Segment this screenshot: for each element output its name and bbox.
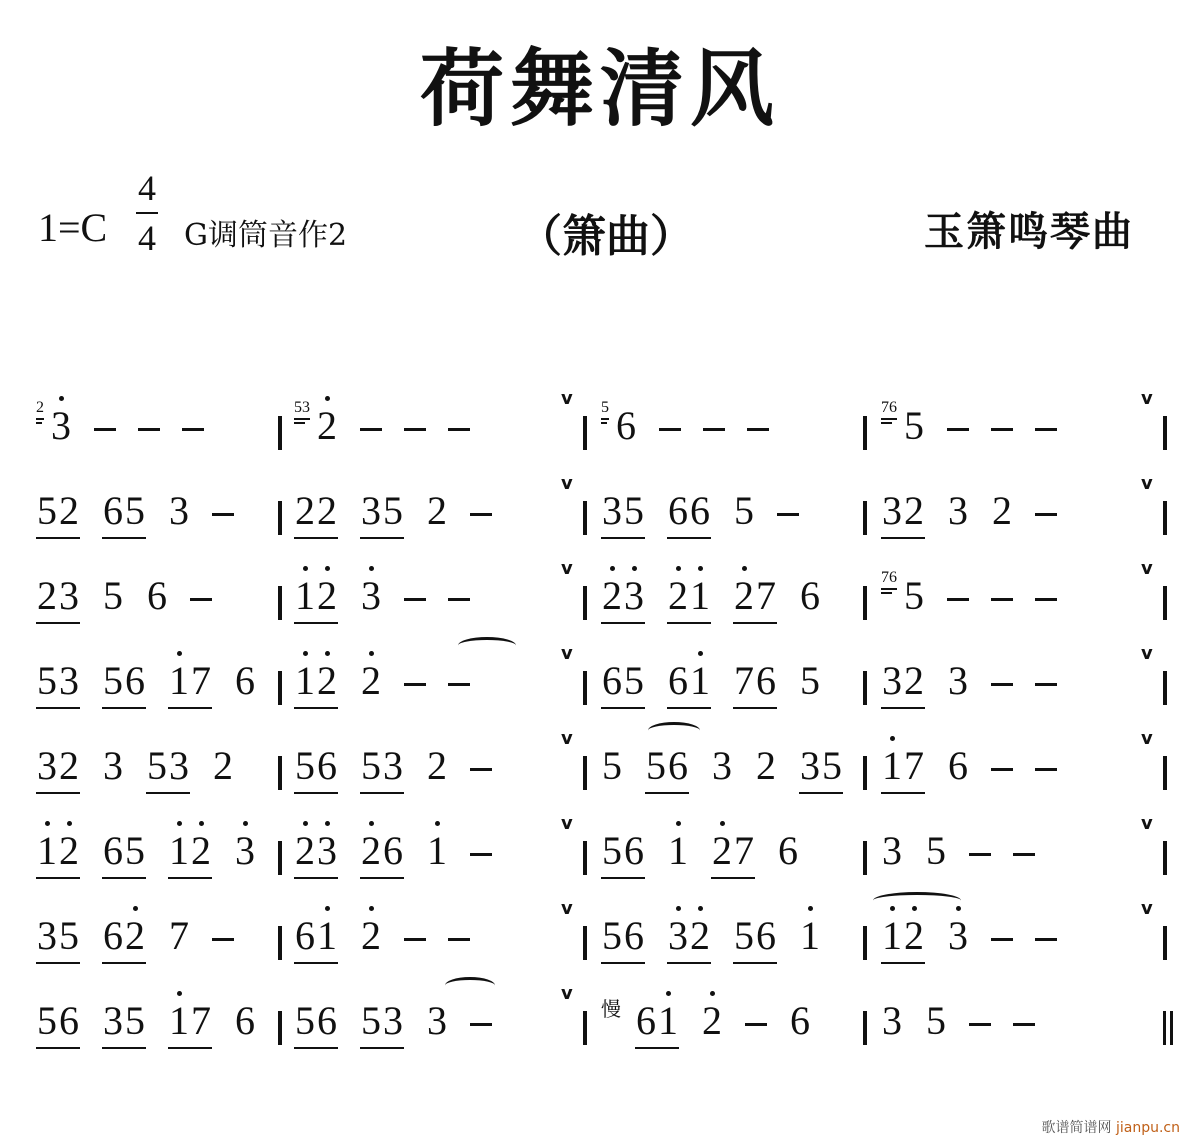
note: 2 [689,916,711,956]
note: 1 [881,916,903,956]
underline [36,537,80,539]
dash-extend [190,598,212,601]
tempo-mark: 慢 [601,997,621,1021]
measure: 6561765 [601,661,821,701]
eighth-group: 53 [360,746,404,786]
measure: 765 [881,406,1057,446]
note: 5 [382,491,404,531]
underline [881,537,925,539]
note: 1 [36,831,58,871]
slur-tie [648,722,700,739]
dash-extend [404,598,426,601]
dash-extend [470,853,492,856]
underline [294,707,338,709]
eighth-group: 17 [168,661,212,701]
barline [583,926,587,960]
dash-extend [94,428,116,431]
eighth-group: 17 [881,746,925,786]
eighth-group: 35 [36,916,80,956]
octave-dot [369,821,374,826]
underline [635,1047,679,1049]
eighth-group: 35 [360,491,404,531]
score-line: 563517656533v慢612635 [28,975,1178,1059]
dash-extend [212,938,234,941]
barline [863,671,867,705]
underline [102,707,146,709]
underline [601,537,645,539]
note: 1 [799,916,821,956]
measure: 5563235 [601,746,843,786]
note: 5 [601,916,623,956]
breath-mark: v [561,983,573,1004]
song-title: 荷舞清风 [0,22,1200,143]
measure: 612 [294,916,470,956]
underline [36,792,80,794]
measure: 123 [294,576,470,616]
note: 2 [58,831,80,871]
note: 5 [925,831,947,871]
dash-extend [138,428,160,431]
note: 6 [316,1001,338,1041]
underline [168,877,212,879]
barline [583,841,587,875]
measure: 323532 [36,746,234,786]
note: 6 [689,491,711,531]
note: 5 [124,491,146,531]
eighth-group: 26 [360,831,404,871]
eighth-group: 21 [667,576,711,616]
underline [733,622,777,624]
note: 6 [316,746,338,786]
note: 2 [711,831,733,871]
underline [711,877,755,879]
note: 6 [146,576,168,616]
note: 6 [635,1001,657,1041]
grace-underline [601,418,609,420]
octave-dot [666,991,671,996]
dash-extend [991,598,1013,601]
underline [294,877,338,879]
measure: 2321276 [601,576,821,616]
note: 3 [382,746,404,786]
eighth-group: 27 [711,831,755,871]
note: 5 [146,746,168,786]
dash-extend [470,1023,492,1026]
dash-extend [448,683,470,686]
watermark-text: 歌谱简谱网 [1042,1120,1112,1136]
underline [667,962,711,964]
score-header: 1=C 4 4 G调筒音作2 （箫曲） 玉箫鸣琴曲 [0,160,1200,280]
underline [146,792,190,794]
octave-dot [369,651,374,656]
note: 6 [102,831,124,871]
dash-extend [747,428,769,431]
underline [881,962,925,964]
barline [278,586,282,620]
note: 3 [947,661,969,701]
note: 1 [168,661,190,701]
octave-dot [676,566,681,571]
note: 7 [755,576,777,616]
underline [36,707,80,709]
eighth-group: 56 [601,831,645,871]
octave-dot [742,566,747,571]
barline [583,671,587,705]
score-line: 2356123v2321276765v [28,550,1178,634]
note: 3 [58,576,80,616]
note: 1 [316,916,338,956]
barline [1163,756,1167,790]
dash-extend [991,768,1013,771]
dash-extend [991,683,1013,686]
underline [294,622,338,624]
octave-dot [325,906,330,911]
underline [168,707,212,709]
note: 2 [426,491,448,531]
barline [278,841,282,875]
note: 3 [36,916,58,956]
score-line: 5356176122v6561765323v [28,635,1178,719]
eighth-group: 56 [36,1001,80,1041]
note: 6 [58,1001,80,1041]
tuning-note: G调筒音作2 [184,210,347,254]
barline [583,501,587,535]
measure: 35665 [601,491,799,531]
measure: 2356 [36,576,212,616]
octave-dot [325,651,330,656]
measure: 23261 [294,831,492,871]
note: 6 [102,491,124,531]
octave-dot [808,906,813,911]
note: 6 [777,831,799,871]
note: 5 [294,1001,316,1041]
breath-mark: v [561,558,573,579]
eighth-group: 53 [360,1001,404,1041]
underline [102,1047,146,1049]
grace-underline [36,422,42,424]
score-line: 5265322352v356653232v [28,465,1178,549]
eighth-group: 65 [102,831,146,871]
note: 6 [667,661,689,701]
note: 6 [615,406,637,446]
underline [102,962,146,964]
note: 1 [294,576,316,616]
octave-dot [177,991,182,996]
note: 5 [601,831,623,871]
note: 3 [667,916,689,956]
breath-mark: v [1141,473,1153,494]
note: 6 [755,916,777,956]
eighth-group: 32 [881,661,925,701]
note: 1 [294,661,316,701]
note: 5 [124,831,146,871]
note: 2 [903,916,925,956]
final-barline [1163,1011,1173,1045]
barline [1163,416,1167,450]
barline [1163,926,1167,960]
instrument-label: （箫曲） [518,200,694,264]
breath-mark: v [1141,728,1153,749]
underline [294,792,338,794]
composer: 玉箫鸣琴曲 [924,200,1134,257]
barline [583,416,587,450]
note: 5 [294,746,316,786]
eighth-group: 61 [294,916,338,956]
octave-dot [710,991,715,996]
time-signature: 4 4 [136,170,158,256]
eighth-group: 56 [102,661,146,701]
eighth-group: 61 [667,661,711,701]
note: 2 [426,746,448,786]
octave-dot [435,821,440,826]
measure: 35627 [36,916,234,956]
dash-extend [659,428,681,431]
note: 7 [733,661,755,701]
measure: 765 [881,576,1057,616]
eighth-group: 32 [667,916,711,956]
note: 3 [881,831,903,871]
note: 2 [124,916,146,956]
measure: 5635176 [36,1001,256,1041]
note: 3 [102,1001,124,1041]
grace-underline [881,418,897,420]
barline [863,756,867,790]
barline [1163,586,1167,620]
underline [601,962,645,964]
note: 1 [689,661,711,701]
underline [36,962,80,964]
eighth-group: 56 [645,746,689,786]
measure: 122 [294,661,470,701]
octave-dot [45,821,50,826]
note: 2 [601,576,623,616]
note: 6 [294,916,316,956]
dash-extend [470,513,492,516]
note: 3 [382,1001,404,1041]
eighth-group: 65 [102,491,146,531]
note: 7 [733,831,755,871]
grace-underline [881,592,892,594]
octave-dot [369,566,374,571]
octave-dot [632,566,637,571]
grace-underline [881,422,892,424]
note: 5 [102,576,124,616]
eighth-group: 56 [294,1001,338,1041]
eighth-group: 23 [601,576,645,616]
barline [278,416,282,450]
measure: 22352 [294,491,492,531]
score-line: 23532v56765v [28,380,1178,464]
note: 6 [667,491,689,531]
dash-extend [969,853,991,856]
dash-extend [777,513,799,516]
measure: 3232 [881,491,1057,531]
dash-extend [1013,853,1035,856]
note: 6 [601,661,623,701]
note: 6 [947,746,969,786]
note: 1 [426,831,448,871]
note: 2 [58,491,80,531]
barline [1163,841,1167,875]
note: 6 [623,916,645,956]
note: 2 [316,661,338,701]
octave-dot [676,906,681,911]
underline [294,1047,338,1049]
eighth-group: 22 [294,491,338,531]
slur-tie [445,977,495,994]
underline [168,1047,212,1049]
measure: 35 [881,1001,1035,1041]
note: 2 [733,576,755,616]
eighth-group: 35 [102,1001,146,1041]
dash-extend [1035,683,1057,686]
eighth-group: 32 [36,746,80,786]
grace-note: 5 [601,400,609,424]
key-signature: 1=C [38,204,107,251]
barline [583,586,587,620]
underline [667,622,711,624]
barline [583,1011,587,1045]
barline [583,756,587,790]
note: 5 [623,661,645,701]
octave-dot [67,821,72,826]
grace-underline [881,588,897,590]
note: 2 [36,576,58,616]
octave-dot [303,821,308,826]
note: 3 [36,746,58,786]
note: 3 [711,746,733,786]
breath-mark: v [561,898,573,919]
note: 3 [947,491,969,531]
octave-dot [325,396,330,401]
octave-dot [325,566,330,571]
measure: 52653 [36,491,234,531]
breath-mark: v [561,813,573,834]
note: 6 [234,661,256,701]
eighth-group: 35 [601,491,645,531]
note: 2 [701,1001,723,1041]
note: 5 [36,661,58,701]
eighth-group: 62 [102,916,146,956]
dash-extend [991,428,1013,431]
note: 2 [316,576,338,616]
dash-extend [360,428,382,431]
time-signature-top: 4 [136,170,158,206]
breath-mark: v [561,388,573,409]
note: 5 [36,491,58,531]
eighth-group: 12 [36,831,80,871]
note: 3 [168,746,190,786]
note: 5 [733,491,755,531]
note: 7 [190,1001,212,1041]
underline [360,1047,404,1049]
measure: 1265123 [36,831,256,871]
eighth-group: 65 [601,661,645,701]
barline [278,501,282,535]
dash-extend [1013,1023,1035,1026]
note: 3 [234,831,256,871]
watermark-site: jianpu.cn [1116,1120,1180,1136]
grace-note: 2 [36,400,44,424]
note: 1 [689,576,711,616]
breath-mark: v [1141,558,1153,579]
eighth-group: 32 [881,491,925,531]
eighth-group: 52 [36,491,80,531]
note: 5 [925,1001,947,1041]
dash-extend [703,428,725,431]
note: 2 [294,831,316,871]
underline [36,1047,80,1049]
barline [278,756,282,790]
octave-dot [698,906,703,911]
underline [360,537,404,539]
note: 7 [903,746,925,786]
eighth-group: 12 [294,661,338,701]
grace-note: 76 [881,400,897,424]
barline [1163,501,1167,535]
octave-dot [303,566,308,571]
dash-extend [404,428,426,431]
note: 3 [881,661,903,701]
note: 1 [881,746,903,786]
underline [667,537,711,539]
note: 5 [733,916,755,956]
eighth-group: 53 [36,661,80,701]
dash-extend [1035,598,1057,601]
note: 2 [212,746,234,786]
note: 7 [190,661,212,701]
dash-extend [969,1023,991,1026]
eighth-group: 23 [36,576,80,616]
octave-dot [676,821,681,826]
note: 2 [991,491,1013,531]
note: 6 [799,576,821,616]
measure: 56532 [294,746,492,786]
note: 5 [601,746,623,786]
measure: 123 [881,916,1057,956]
measure: 5632561 [601,916,821,956]
underline [102,877,146,879]
eighth-group: 12 [881,916,925,956]
eighth-group: 56 [294,746,338,786]
eighth-group: 66 [667,491,711,531]
underline [601,622,645,624]
note: 3 [102,746,124,786]
barline [863,841,867,875]
dash-extend [1035,513,1057,516]
grace-underline [294,422,305,424]
underline [36,622,80,624]
octave-dot [177,651,182,656]
note: 6 [234,1001,256,1041]
note: 3 [360,576,382,616]
dash-extend [947,428,969,431]
note: 3 [316,831,338,871]
note: 3 [168,491,190,531]
underline [294,962,338,964]
measure: 561276 [601,831,799,871]
octave-dot [698,566,703,571]
underline [733,962,777,964]
underline [36,877,80,879]
eighth-group: 17 [168,1001,212,1041]
underline [102,537,146,539]
underline [360,877,404,879]
barline [863,586,867,620]
dash-extend [991,938,1013,941]
octave-dot [303,651,308,656]
eighth-group: 35 [799,746,843,786]
